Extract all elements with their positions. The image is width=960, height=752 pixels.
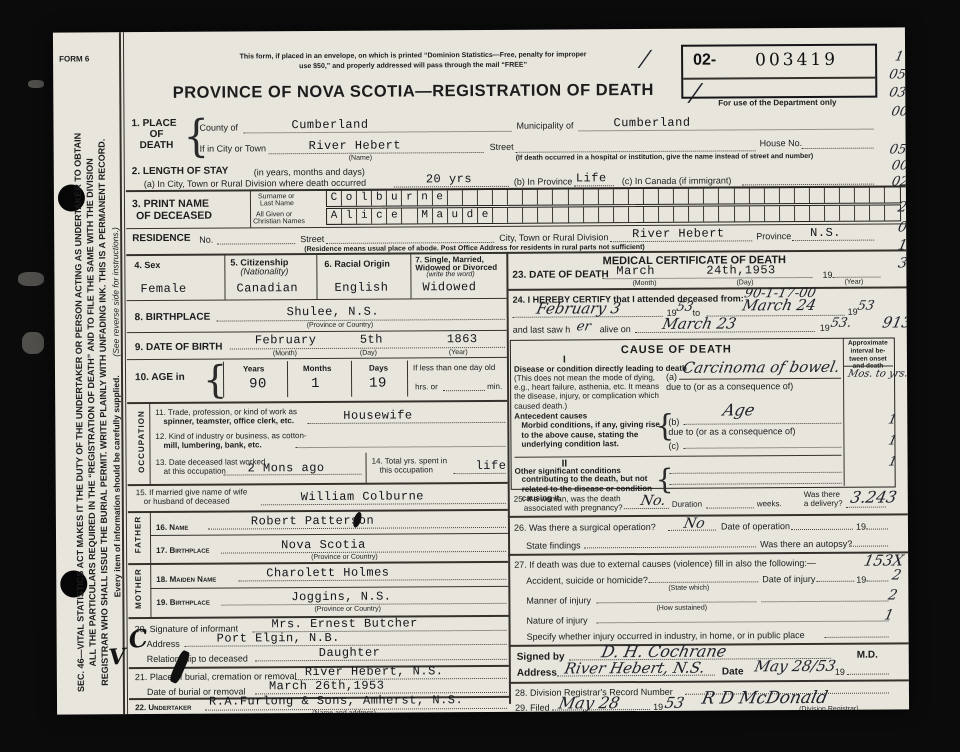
age-label: 10. AGE in (135, 372, 185, 383)
reg-caption: For use of the Department only (681, 98, 873, 108)
letter-cell (689, 207, 704, 222)
reg-prefix: 02- (693, 52, 716, 70)
section-rule (509, 679, 909, 683)
f12-label-b: mill, lumbering, bank, etc. (163, 440, 261, 450)
mother-birthplace-sub: (Province or Country) (314, 606, 381, 613)
birthplace-value: Shulee, N.S. (287, 305, 380, 320)
street-label: Street (490, 142, 514, 152)
antecedent-label: Antecedent causes (514, 411, 587, 420)
medical-title: MEDICAL CERTIFICATE OF DEATH (509, 254, 879, 268)
dotted-line (454, 473, 506, 474)
letter-cell (719, 206, 734, 221)
city-label: If in City or Town (200, 143, 266, 153)
f2-label: 2. LENGTH OF STAY (132, 166, 229, 178)
section-rule (128, 509, 508, 513)
cause-a-label: (a) (666, 372, 677, 382)
cell-divider (365, 453, 366, 483)
f14-value: life (476, 459, 507, 473)
letter-cell: a (433, 208, 448, 223)
surname-letter-grid: Colburne (326, 186, 901, 207)
age-months-value: 1 (311, 376, 320, 392)
cell-divider (224, 254, 225, 300)
f11-label-b: spinner, teamster, office clerk, etc. (163, 416, 294, 426)
f25-weeks-label: weeks. (757, 499, 782, 508)
letter-cell (538, 208, 553, 223)
section-rule (508, 551, 908, 555)
f15-value: William Colburne (301, 489, 424, 504)
father-name-label: 16. Name (156, 523, 189, 532)
letter-cell (855, 188, 870, 203)
mother-birthplace-value: Joggins, N.S. (291, 590, 391, 605)
letter-cell: e (387, 208, 402, 223)
father-birthplace-value: Nova Scotia (281, 538, 366, 553)
f14-label-a: 14. Total yrs. spent in (372, 456, 448, 465)
age-hrs-label: hrs. or (415, 382, 438, 391)
f25-label-b: associated with pregnancy? (524, 503, 623, 513)
section-rule (127, 400, 507, 404)
f23-year-prefix: 19 (822, 270, 832, 280)
f24-saw-year: 53. (829, 316, 853, 331)
age-min-label: min. (487, 382, 502, 391)
mother-birthplace-label: 19. Birthplace (156, 598, 210, 607)
group-rule (149, 402, 151, 484)
letter-cell (780, 206, 795, 221)
margin-num: 2 (891, 567, 903, 583)
f27-nature-label: Nature of injury (526, 615, 587, 625)
letter-cell (689, 189, 704, 204)
margin-num: 1 (887, 454, 898, 469)
f26-findings-label: State findings (526, 540, 581, 550)
dotted-line (244, 131, 512, 134)
f27-injury-date-label: Date of injury (762, 574, 815, 584)
citizenship-value: Canadian (236, 281, 298, 295)
f27-manner-label: Manner of injury (526, 595, 591, 605)
letter-cell (840, 206, 855, 221)
street-note: (If death occurred in a hospital or inst… (516, 153, 814, 162)
margin-num: 2 (896, 199, 908, 215)
f2-label-paren: (in years, months and days) (254, 167, 365, 178)
section-rule (128, 561, 508, 565)
f1-label2: OF (150, 129, 164, 140)
letter-cell (810, 206, 825, 221)
pen-mark-c: C (127, 623, 150, 654)
letter-cell (448, 190, 463, 205)
f13-label-b: at this occupation (164, 467, 226, 476)
sub-rule (150, 586, 508, 589)
margin-num: 1 (887, 433, 898, 448)
margin-num: 02 (890, 174, 909, 189)
letter-cell (855, 206, 870, 221)
film-smudge (22, 332, 44, 354)
letter-cell (840, 188, 855, 203)
residence-province-value: N.S. (810, 226, 841, 240)
citizenship-paren: (Nationality) (240, 266, 288, 276)
letter-cell (568, 189, 583, 204)
dotted-line (443, 390, 485, 391)
margin-num-913: 913 (881, 313, 909, 331)
mother-side-label: MOTHER (134, 557, 143, 621)
margin-num: 00 (890, 104, 909, 119)
f27-state-which: (State which) (668, 585, 709, 592)
mother-name-label: 18. Maiden Name (156, 575, 216, 584)
residence-street-label: Street (300, 234, 324, 244)
dotted-line (648, 581, 758, 583)
letter-cell (704, 189, 719, 204)
cell-divider (316, 253, 317, 299)
dob-month-sub: (Month) (273, 350, 297, 357)
film-smudge (18, 272, 44, 286)
film-smudge (28, 80, 44, 88)
given-name-letter-grid: AliceMaude (326, 204, 901, 225)
letter-cell (523, 208, 538, 223)
f2c-label: (c) In Canada (if immigrant) (622, 175, 732, 186)
dotted-line (668, 530, 716, 531)
letter-cell (644, 189, 659, 204)
sex-label: 4. Sex (134, 260, 160, 270)
informant-address-label: Address (147, 639, 180, 649)
municipality-value: Cumberland (613, 116, 690, 130)
letter-cell: n (417, 190, 432, 205)
physician-address-value: River Hebert, N.S. (563, 659, 707, 678)
f25-delivery-label-b: a delivery? (804, 499, 843, 508)
letter-cell (780, 188, 795, 203)
letter-cell: r (402, 190, 417, 205)
margin-num: 0 (896, 219, 908, 235)
cause-c-label: (c) (668, 441, 679, 451)
dotted-line (761, 601, 888, 603)
residence-province-label: Province (756, 231, 791, 241)
margin-num: 05 (888, 67, 908, 82)
f24-to-value: March 24 (741, 296, 818, 314)
letter-cell (583, 189, 598, 204)
form-title: PROVINCE OF NOVA SCOTIA—REGISTRATION OF … (143, 81, 683, 103)
f2b-label: (b) In Province (514, 176, 573, 186)
birthplace-label: 8. BIRTHPLACE (135, 312, 211, 323)
dotted-line (832, 277, 880, 278)
letter-cell (795, 206, 810, 221)
letter-cell: l (357, 191, 372, 206)
given-sublabel2: Christian Names (253, 218, 305, 225)
letter-cell (735, 206, 750, 221)
dotted-line (326, 242, 494, 244)
cause-a-value: Carcinoma of bowel. (681, 358, 841, 377)
signed-date-value: May 28/53 (753, 657, 837, 676)
municipality-label: Municipality of (516, 120, 573, 130)
letter-cell (599, 189, 614, 204)
cause-b-label: (b) (668, 417, 679, 427)
dob-label: 9. DATE OF BIRTH (135, 342, 223, 354)
dob-year-sub: (Year) (449, 349, 468, 356)
letter-cell (644, 207, 659, 222)
f24-saw-label-a: and last saw h (513, 324, 571, 334)
f14-label-b: this occupation (380, 465, 433, 474)
letter-cell (493, 190, 508, 205)
group-rule (150, 511, 151, 563)
dotted-line (706, 507, 754, 508)
f24-saw-label-b: alive on (600, 324, 631, 334)
dotted-line (802, 148, 874, 149)
mail-note-line2: use $50,” and properly addressed will pa… (173, 61, 653, 71)
residence-city-value: River Hebert (632, 227, 725, 242)
birthplace-sub: (Province or Country) (307, 322, 374, 329)
cause-b-value: Age (721, 400, 756, 419)
grid-label-rule (250, 189, 251, 227)
dotted-line (816, 581, 854, 582)
letter-cell (584, 207, 599, 222)
dob-day-value: 5th (360, 333, 383, 347)
section-rule (506, 286, 906, 290)
surname-sublabel2: Last Name (260, 200, 294, 207)
dotted-line (791, 529, 853, 530)
marital-paren: (write the word) (426, 271, 474, 278)
signed-by-label: Signed by (517, 651, 565, 662)
letter-cell (719, 188, 734, 203)
letter-cell: c (372, 209, 387, 224)
margin-statute-text: SEC. 46—VITAL STATISTICS ACT MAKES IT TH… (72, 132, 139, 692)
f29-label: 29. Filed (515, 703, 550, 713)
dotted-line (624, 508, 669, 509)
undertaker-sub: (Name and address) (312, 710, 376, 715)
reg-box-divider (683, 77, 875, 80)
letter-cell (493, 208, 508, 223)
f1-label: 1. PLACE (131, 118, 176, 129)
letter-cell (674, 189, 689, 204)
letter-cell (629, 207, 644, 222)
f12-label-a: 12. Kind of industry or business, as cot… (155, 431, 306, 441)
margin-num: 03 (888, 85, 908, 100)
f25-duration-label: Duration (672, 500, 702, 509)
letter-cell (659, 189, 674, 204)
letter-cell (765, 206, 780, 221)
form-number: FORM 6 (59, 54, 89, 63)
statute-paragraph: SEC. 46—VITAL STATISTICS ACT MAKES IT TH… (72, 132, 112, 692)
age-years-label: Years (243, 364, 264, 373)
cause-due-to-2: due to (or as a consequence of) (668, 426, 795, 437)
letter-cell (825, 206, 840, 221)
cell-divider (351, 361, 352, 397)
letter-cell: e (478, 208, 493, 223)
reg-number: 003419 (755, 50, 838, 71)
f26-autopsy-label: Was there an autopsy? (760, 539, 852, 550)
f24-saw-date: March 23 (661, 314, 738, 332)
residence-no-label: No. (199, 235, 213, 245)
age-lessday-label: If less than one day old (413, 363, 495, 373)
letter-cell (885, 187, 899, 202)
letter-cell (478, 190, 493, 205)
f25-delivery-value: 3.243 (849, 487, 899, 506)
physician-address-label: Address (517, 668, 557, 679)
letter-cell (870, 206, 885, 221)
f26-19: 19 (856, 522, 866, 532)
letter-cell: e (433, 190, 448, 205)
racial-origin-value: English (334, 281, 388, 295)
letter-cell (674, 207, 689, 222)
other-brace: { (656, 463, 674, 496)
dotted-line (255, 659, 507, 662)
dotted-line (850, 546, 888, 547)
letter-cell: b (372, 191, 387, 206)
f26-label: 26. Was there a surgical operation? (514, 522, 656, 533)
film-scan: FORM 6 SEC. 46—VITAL STATISTICS ACT MAKE… (0, 0, 960, 752)
f15-label-b: or husband of deceased (144, 497, 230, 507)
letter-cell (734, 188, 749, 203)
dotted-line (825, 637, 889, 638)
group-rule (150, 563, 151, 617)
letter-cell (463, 190, 478, 205)
father-birthplace-label: 17. Birthplace (156, 546, 210, 555)
letter-cell (538, 190, 553, 205)
letter-cell (523, 190, 538, 205)
f3-label1: 3. PRINT NAME (132, 198, 209, 210)
registration-number-box: 02- 003419 (681, 44, 877, 99)
marital-value: Widowed (422, 280, 476, 294)
sub-rule (150, 533, 508, 536)
undertaker-label: 22. Undertaker (135, 703, 191, 712)
city-sub-label: (Name) (349, 155, 372, 162)
cell-divider (223, 362, 224, 398)
f29-19: 19 (653, 702, 663, 712)
letter-cell (614, 189, 629, 204)
f29-year: 53 (663, 694, 686, 712)
margin-num: 05 (888, 142, 908, 157)
death-registration-form: FORM 6 SEC. 46—VITAL STATISTICS ACT MAKE… (53, 27, 909, 714)
dob-day-sub: (Day) (360, 350, 377, 357)
f24-saw-19: 19 (820, 323, 830, 333)
mother-name-value: Charolett Holmes (266, 566, 389, 581)
margin-num: 1 (897, 237, 909, 253)
margin-num: 1 (894, 49, 905, 64)
f15-label-a: 15. If married give name of wife (136, 487, 248, 497)
father-birthplace-sub: (Province or Country) (311, 554, 378, 561)
antecedent-note: Morbid conditions, if any, giving rise t… (521, 420, 663, 450)
f27-19: 19 (856, 575, 866, 585)
dotted-line (584, 546, 756, 548)
dotted-line (866, 529, 888, 530)
dotted-line (295, 446, 505, 448)
dob-month-value: February (255, 333, 317, 347)
burial-date-value: March 26th,1953 (269, 679, 385, 694)
letter-cell: M (418, 208, 433, 223)
margin-num: 3 (897, 255, 909, 271)
letter-cell (870, 188, 885, 203)
section-rule (508, 513, 908, 517)
f27-specify-label: Specify whether injury occurred in indus… (527, 630, 805, 642)
occupation-side-label: OCCUPATION (137, 404, 146, 480)
f2a-label: (a) In City, Town or Rural Division wher… (144, 178, 366, 189)
letter-cell (508, 190, 523, 205)
letter-cell (553, 207, 568, 222)
letter-cell (750, 206, 765, 221)
dotted-line (866, 581, 888, 582)
residence-label: RESIDENCE (132, 233, 190, 244)
letter-cell (629, 189, 644, 204)
f2a-value: 20 yrs (426, 172, 472, 186)
informant-relation-value: Daughter (319, 646, 381, 660)
letter-cell (810, 188, 825, 203)
dotted-line (847, 674, 889, 675)
md-label: M.D. (857, 650, 878, 661)
dob-year-value: 1863 (447, 332, 478, 346)
f23-month-sub: (Month) (632, 280, 656, 287)
section-rule (128, 482, 508, 486)
f3-label2: OF DECEASED (136, 210, 212, 222)
f23-day-value: 24th,1953 (706, 263, 775, 277)
f1-label3: DEATH (140, 140, 174, 151)
dotted-line (596, 601, 756, 603)
cause-due-to-1: due to (or as a consequence of) (666, 381, 793, 392)
f23-month-value: March (616, 264, 655, 278)
cell-divider (407, 360, 408, 396)
age-months-label: Months (303, 364, 331, 373)
f27-how-sustained: (How sustained) (656, 605, 707, 612)
f26-date-label: Date of operation (721, 521, 790, 531)
margin-num: 00 (890, 158, 909, 173)
county-value: Cumberland (291, 118, 368, 132)
letter-cell (659, 207, 674, 222)
letter-cell (825, 188, 840, 203)
cause-title: CAUSE OF DEATH (510, 343, 843, 357)
residence-city-label: City, Town or Rural Division (499, 232, 608, 243)
f23-label: 23. DATE OF DEATH (512, 269, 608, 281)
cause-disease-note: (This does not mean the mode of dying, e… (514, 373, 662, 411)
dotted-line (217, 243, 295, 244)
f27-label: 27. If death was due to external causes … (514, 558, 816, 570)
letter-cell (614, 207, 629, 222)
f24-from-value: February 3 (535, 299, 623, 318)
letter-cell (765, 188, 780, 203)
f29-sub-label: (Division Registrar) (799, 706, 859, 713)
margin-num: 1 (883, 607, 895, 623)
dotted-line (597, 621, 889, 624)
cause-a-interval: Mos. to yrs. (847, 368, 909, 379)
f2b-value: Life (576, 171, 607, 185)
undertaker-value: R.A.Furlong & Sons, Amherst, N.S. (209, 693, 463, 709)
informant-relation-label: Relationship to deceased (147, 653, 248, 664)
informant-address-value: Port Elgin, N.B. (217, 631, 340, 646)
burial-place-value: River Hebert, N.S. (305, 664, 444, 679)
letter-cell (508, 208, 523, 223)
pen-check-mark: V (108, 644, 127, 671)
letter-cell: A (327, 209, 342, 224)
letter-cell (750, 188, 765, 203)
f23-year-sub: (Year) (844, 279, 863, 286)
section-rule (127, 357, 507, 360)
letter-cell: u (387, 190, 402, 205)
cell-divider (287, 361, 288, 397)
f25-value: No. (639, 493, 667, 509)
letter-cell (704, 207, 719, 222)
dotted-line (224, 474, 362, 476)
dotted-line (516, 150, 756, 152)
section-rule (126, 223, 906, 229)
f11-value: Housewife (343, 408, 412, 422)
informant-name-value: Mrs. Ernest Butcher (272, 616, 418, 631)
county-label: County of (199, 122, 238, 132)
f24-to-year: 53 (856, 299, 876, 314)
sex-value: Female (140, 282, 186, 296)
house-no-label: House No. (760, 138, 803, 148)
f25-delivery-label-a: Was there (804, 490, 840, 499)
margin-num: 2 (887, 587, 899, 603)
f1-brace: { (183, 111, 209, 162)
letter-cell (599, 207, 614, 222)
f27-accident-label: Accident, suicide or homicide? (526, 575, 648, 586)
cell-divider (410, 252, 411, 298)
f24-saw-er: er (575, 319, 592, 334)
letter-cell: d (463, 208, 478, 223)
letter-cell (553, 189, 568, 204)
age-days-value: 19 (369, 376, 387, 392)
